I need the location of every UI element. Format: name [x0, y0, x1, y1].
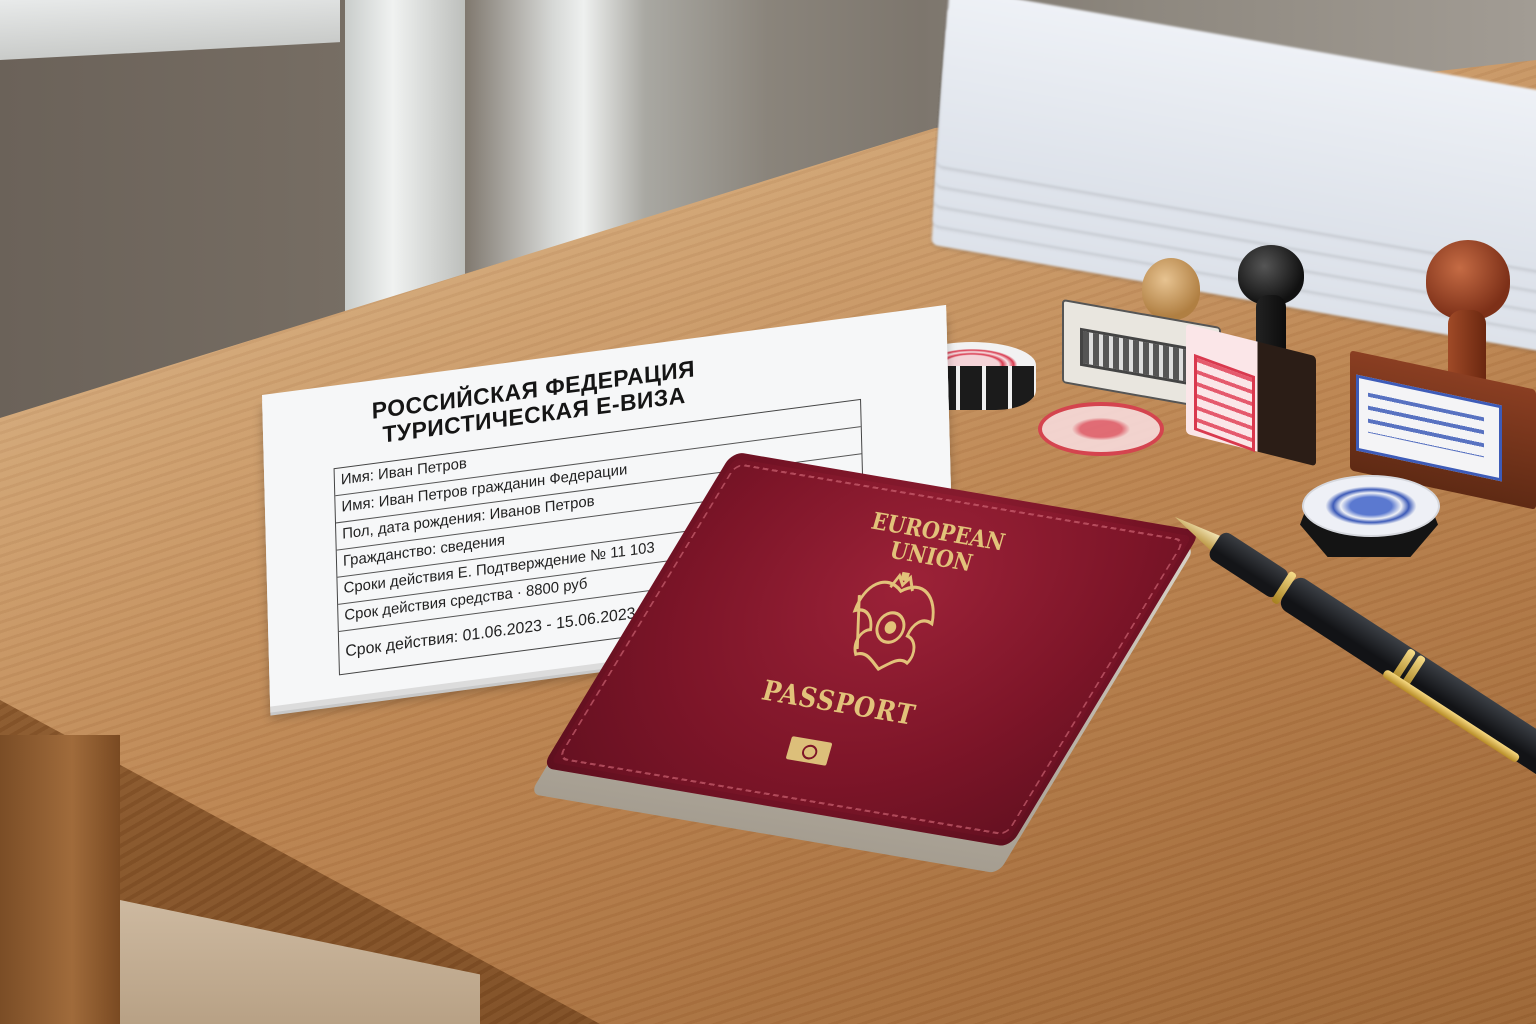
red-stamp-imprint	[1038, 402, 1164, 456]
photo-scene: РОССИЙСКАЯ ФЕДЕРАЦИЯ ТУРИСТИЧЕСКАЯ Е-ВИЗ…	[0, 0, 1536, 1024]
stamp-wood-handle-blue	[1350, 240, 1536, 505]
stamp-black-handle-red	[1186, 245, 1326, 470]
stamp-hexagon-blue	[1300, 475, 1440, 560]
desk-leg	[0, 735, 120, 1024]
